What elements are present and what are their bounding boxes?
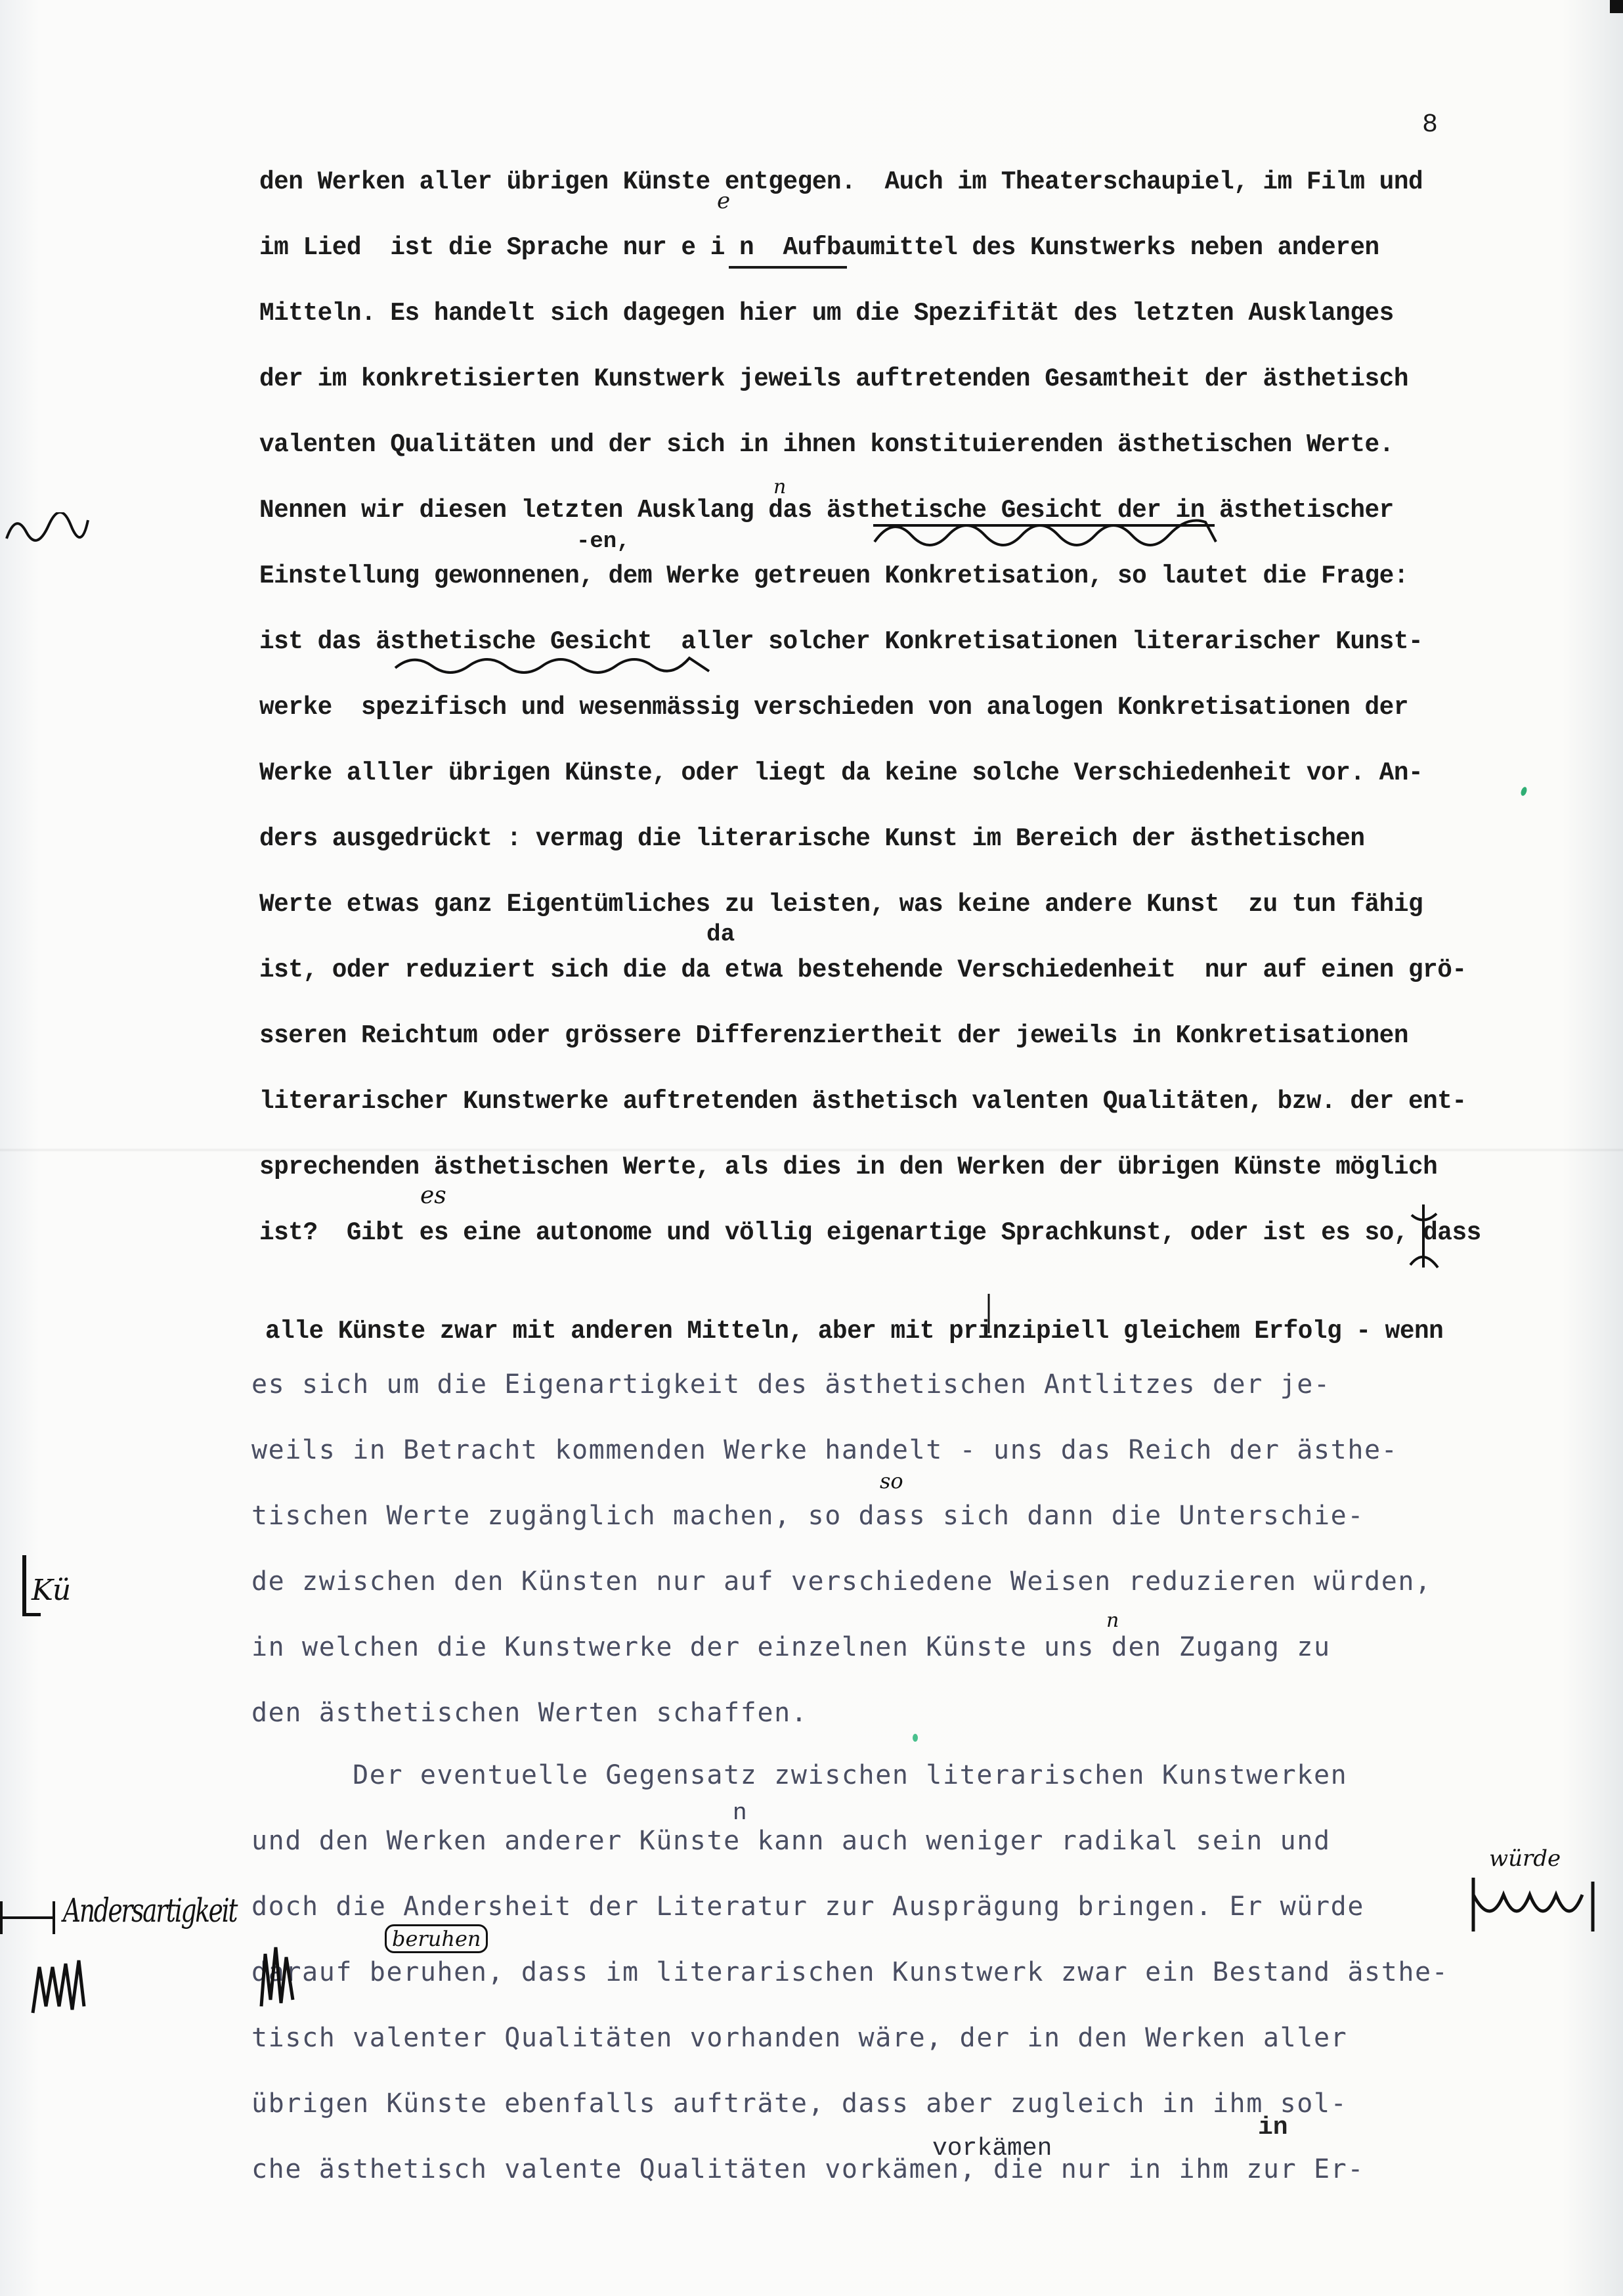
scan-corner (1610, 0, 1623, 13)
margin-bracket (22, 1555, 26, 1614)
margin-tilde-mark (3, 512, 95, 545)
typed-line: de zwischen den Künsten nur auf verschie… (251, 1566, 1432, 1597)
ink-spot (1520, 786, 1528, 797)
ink-spot (913, 1734, 918, 1742)
typed-line: tisch valenter Qualitäten vorhanden wäre… (251, 2023, 1347, 2053)
margin-insert-line (0, 1895, 59, 1941)
typed-line: Werte etwas ganz Eigentümliches zu leist… (259, 890, 1423, 919)
struck-word-scribble (256, 1941, 302, 2013)
insert-vorkamen: vorkämen (932, 2134, 1052, 2163)
insert-n: n (773, 475, 786, 498)
typed-line: Mitteln. Es handelt sich dagegen hier um… (259, 299, 1394, 328)
typed-line: ist, oder reduziert sich die da etwa bes… (259, 956, 1467, 984)
wavy-underline-2 (394, 651, 716, 678)
typed-line: es sich um die Eigenartigkeit des ästhet… (251, 1369, 1331, 1400)
insert-in: in (1258, 2113, 1288, 2142)
paper-fold (0, 1148, 1623, 1152)
margin-ku: Kü (32, 1574, 71, 1607)
typed-line: literarischer Kunstwerke auftretenden äs… (259, 1087, 1467, 1116)
insert-so: so (880, 1468, 903, 1493)
insert-n3: n (733, 1799, 747, 1826)
typed-line: sseren Reichtum oder grössere Differenzi… (259, 1021, 1408, 1050)
typed-line: Der eventuelle Gegensatz zwischen litera… (251, 1760, 1347, 1790)
typed-line: werke spezifisch und wesenmässig verschi… (259, 693, 1408, 722)
underline-ein (729, 266, 847, 269)
typed-line: in welchen die Kunstwerke der einzelnen … (251, 1632, 1331, 1662)
typed-line: Nennen wir diesen letzten Ausklang das ä… (259, 496, 1394, 525)
typed-line: che ästhetisch valente Qualitäten vorkäm… (251, 2154, 1364, 2184)
insert-n2: n (1106, 1609, 1119, 1632)
insert-es: es (420, 1182, 446, 1209)
typed-line: valenten Qualitäten und der sich in ihne… (259, 430, 1394, 459)
typed-line: darauf beruhen, dass im literarischen Ku… (251, 1957, 1448, 1987)
page-number: 8 (1422, 110, 1438, 140)
typed-line: im Lied ist die Sprache nur e i n Aufbau… (259, 233, 1379, 262)
insert-da: da (706, 921, 735, 948)
insertion-mark-dass (1405, 1202, 1444, 1274)
typed-line: den Werken aller übrigen Künste entgegen… (259, 167, 1423, 196)
typed-line: sprechenden ästhetischen Werte, als dies… (259, 1153, 1437, 1181)
typed-line: übrigen Künste ebenfalls aufträte, dass … (251, 2088, 1347, 2119)
typed-line: und den Werken anderer Künste kann auch … (251, 1826, 1331, 1856)
typed-line: Einstellung gewonnenen, dem Werke getreu… (259, 562, 1408, 590)
typed-line: der im konkretisierten Kunstwerk jeweils… (259, 364, 1408, 393)
typed-line: tischen Werte zugänglich machen, so dass… (251, 1501, 1364, 1531)
struck-word-scribble-right (1471, 1875, 1595, 1934)
wavy-underline-1 (873, 516, 1221, 548)
insert-wurde: würde (1489, 1845, 1561, 1872)
caret-mark (985, 1294, 993, 1333)
typed-line: weils in Betracht kommenden Werke handel… (251, 1435, 1398, 1465)
typed-line: Werke alller übrigen Künste, oder liegt … (259, 759, 1423, 787)
typed-line: ist? Gibt es eine autonome und völlig ei… (259, 1218, 1481, 1247)
insert-e: e (717, 188, 730, 214)
typed-line: ders ausgedrückt : vermag die literarisc… (259, 824, 1365, 853)
margin-scribble (26, 1954, 92, 2020)
margin-andersartigkeit: Andersartigkeit (63, 1891, 236, 1930)
typed-line: den ästhetischen Werten schaffen. (251, 1698, 808, 1728)
insert-beruhen: beruhen (385, 1924, 488, 1953)
typed-line: alle Künste zwar mit anderen Mitteln, ab… (265, 1317, 1443, 1346)
document-page: 8 den Werken aller übrigen Künste entgeg… (0, 0, 1623, 2296)
typed-line: doch die Andersheit der Literatur zur Au… (251, 1891, 1364, 1922)
insert-en: -en, (576, 529, 630, 554)
